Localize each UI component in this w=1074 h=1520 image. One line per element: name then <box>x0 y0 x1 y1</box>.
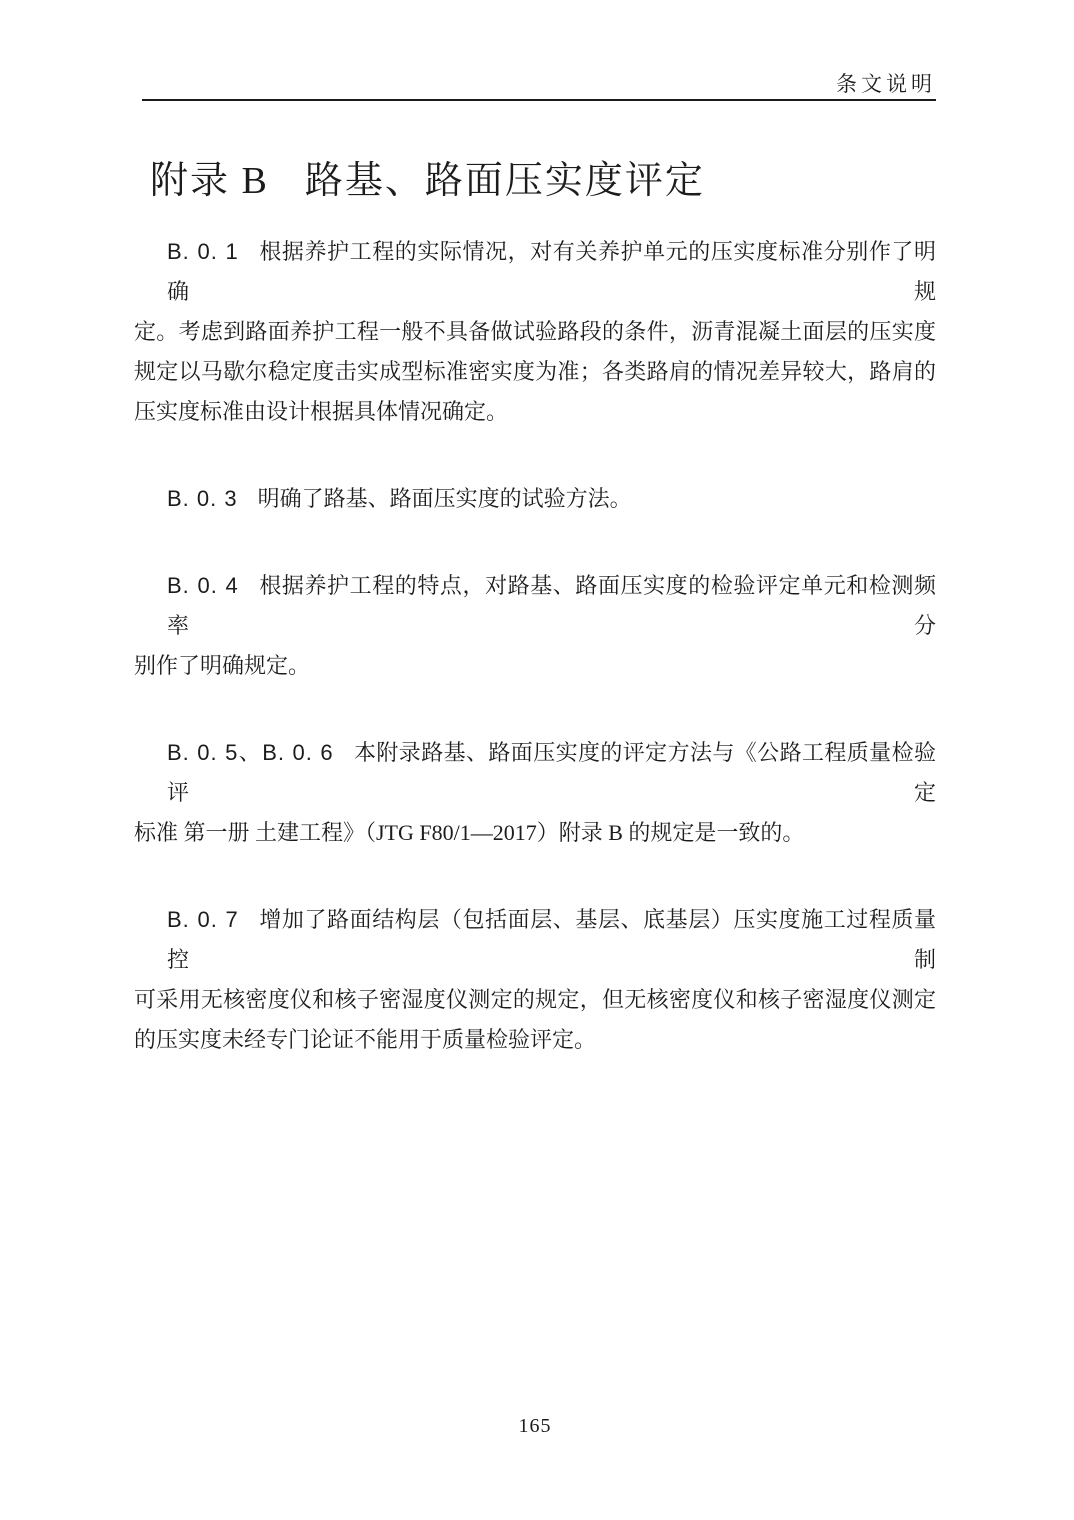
clause-text: 根据养护工程的特点，对路基、路面压实度的检验评定单元和检测频率分 <box>167 573 936 638</box>
clause-line: 可采用无核密度仪和核子密湿度仪测定的规定，但无核密度仪和核子密湿度仪测定 <box>134 980 936 1020</box>
clause-line: 压实度标准由设计根据具体情况确定。 <box>134 392 936 432</box>
clause-text: 增加了路面结构层（包括面层、基层、底基层）压实度施工过程质量控制 <box>167 907 936 972</box>
clause-number: B. 0. 5、B. 0. 6 <box>167 740 334 765</box>
running-head-label: 条文说明 <box>836 72 936 96</box>
clause-first-line: B. 0. 1根据养护工程的实际情况，对有关养护单元的压实度标准分别作了明确规 <box>134 232 936 312</box>
clause-first-line: B. 0. 5、B. 0. 6本附录路基、路面压实度的评定方法与《公路工程质量检… <box>134 733 936 813</box>
clause-text: 明确了路基、路面压实度的试验方法。 <box>258 486 632 511</box>
clause-number: B. 0. 7 <box>167 907 239 932</box>
clause-paragraphs: B. 0. 1根据养护工程的实际情况，对有关养护单元的压实度标准分别作了明确规定… <box>134 232 936 1107</box>
clause-first-line: B. 0. 4根据养护工程的特点，对路基、路面压实度的检验评定单元和检测频率分 <box>134 566 936 646</box>
clause-text: 根据养护工程的实际情况，对有关养护单元的压实度标准分别作了明确规 <box>167 239 936 304</box>
paragraph: B. 0. 5、B. 0. 6本附录路基、路面压实度的评定方法与《公路工程质量检… <box>134 733 936 853</box>
paragraph: B. 0. 4根据养护工程的特点，对路基、路面压实度的检验评定单元和检测频率分别… <box>134 566 936 686</box>
page-number: 165 <box>134 1415 936 1438</box>
clause-first-line: B. 0. 7增加了路面结构层（包括面层、基层、底基层）压实度施工过程质量控制 <box>134 900 936 980</box>
clause-line: 别作了明确规定。 <box>134 646 936 686</box>
running-head: 条文说明 <box>142 70 936 98</box>
clause-line: 的压实度未经专门论证不能用于质量检验评定。 <box>134 1020 936 1060</box>
paragraph: B. 0. 3明确了路基、路面压实度的试验方法。 <box>134 479 936 519</box>
clause-line: 规定以马歇尔稳定度击实成型标准密实度为准；各类路肩的情况差异较大，路肩的 <box>134 352 936 392</box>
header-rule <box>142 99 936 101</box>
paragraph: B. 0. 1根据养护工程的实际情况，对有关养护单元的压实度标准分别作了明确规定… <box>134 232 936 432</box>
clause-line: 标准 第一册 土建工程》（JTG F80/1—2017）附录 B 的规定是一致的… <box>134 813 936 853</box>
document-page: 条文说明 附录 B路基、路面压实度评定 B. 0. 1根据养护工程的实际情况，对… <box>0 0 1074 1520</box>
clause-number: B. 0. 1 <box>167 239 239 264</box>
appendix-title-text: 路基、路面压实度评定 <box>305 160 705 202</box>
clause-first-line: B. 0. 3明确了路基、路面压实度的试验方法。 <box>134 479 936 519</box>
appendix-title-number: 附录 B <box>150 160 269 202</box>
clause-line: 定。考虑到路面养护工程一般不具备做试验路段的条件，沥青混凝土面层的压实度 <box>134 312 936 352</box>
paragraph: B. 0. 7增加了路面结构层（包括面层、基层、底基层）压实度施工过程质量控制可… <box>134 900 936 1060</box>
clause-number: B. 0. 4 <box>167 573 239 598</box>
clause-number: B. 0. 3 <box>167 486 238 511</box>
appendix-title: 附录 B路基、路面压实度评定 <box>150 158 705 204</box>
